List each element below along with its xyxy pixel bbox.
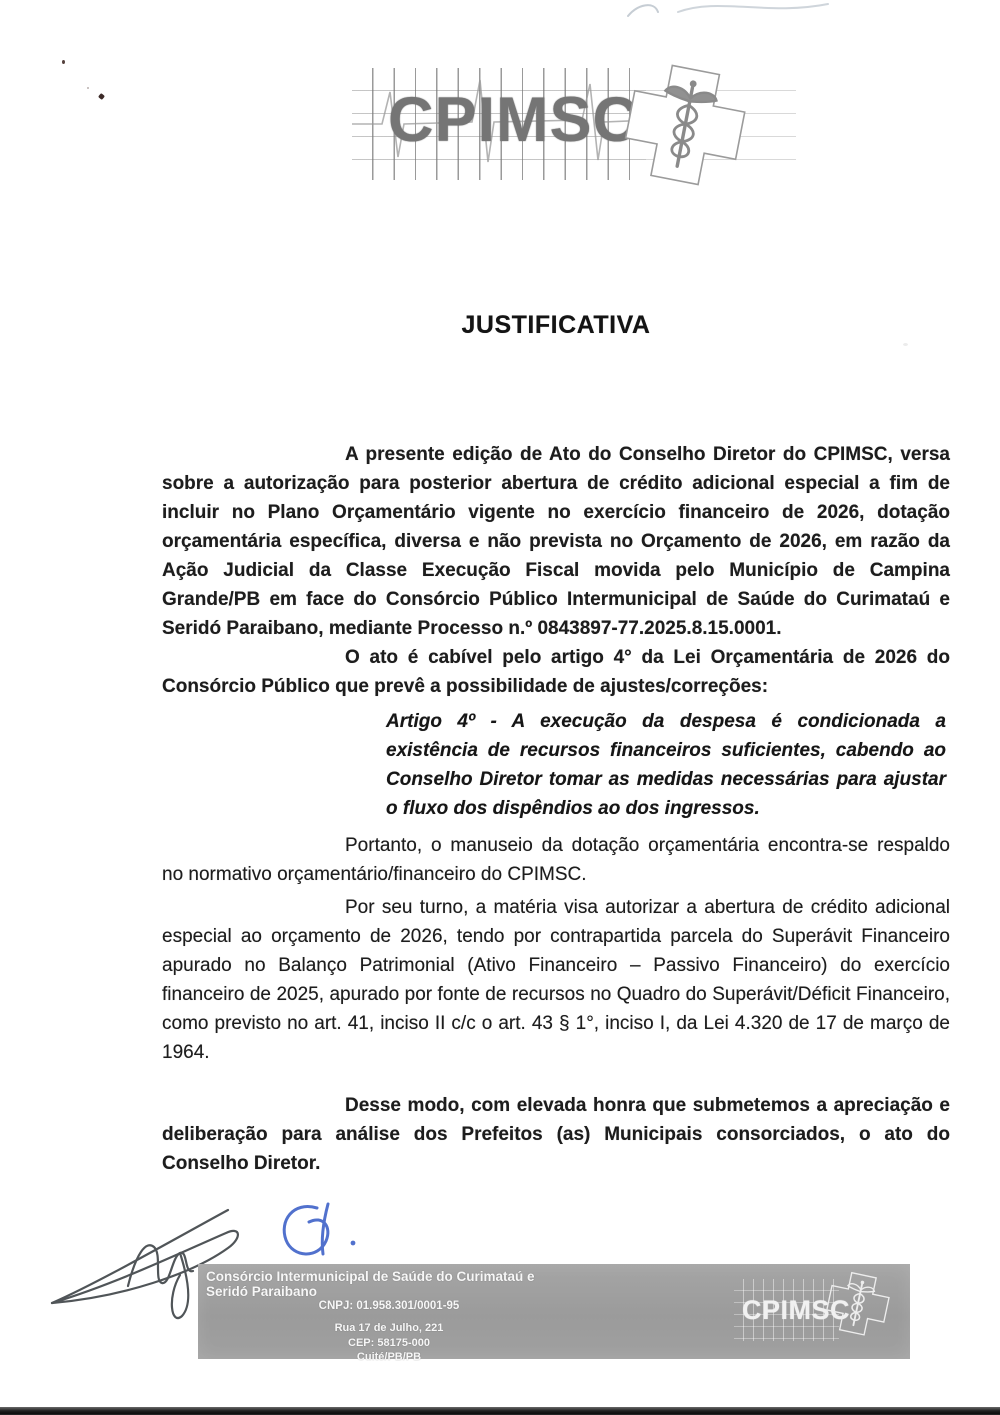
footer-address-street: Rua 17 de Julho, 221: [206, 1321, 572, 1336]
scanned-document-page: CPIMSC JUSTIFICATIVA A presente edição d…: [0, 0, 1000, 1415]
footer-letterhead-bar: Consórcio Intermunicipal de Saúde do Cur…: [198, 1264, 910, 1359]
cpimsc-logo: CPIMSC: [352, 62, 762, 187]
top-edge-scribble: [600, 0, 840, 26]
paragraph-por-seu-turno: Por seu turno, a matéria visa autorizar …: [162, 893, 950, 1067]
ink-speck: [87, 87, 89, 89]
paper-mark: [903, 343, 908, 346]
footer-caduceus-cross-icon: [820, 1271, 894, 1351]
ink-speck: [98, 93, 105, 100]
footer-cnpj: CNPJ: 01.958.301/0001-95: [206, 1300, 572, 1312]
scan-bottom-edge: [0, 1407, 1000, 1415]
footer-address-cep: CEP: 58175-000: [206, 1336, 572, 1351]
paragraph-legal-basis: O ato é cabível pelo artigo 4° da Lei Or…: [162, 643, 950, 701]
footer-address: Rua 17 de Julho, 221 CEP: 58175-000 Cuit…: [206, 1321, 572, 1365]
paragraph-portanto: Portanto, o manuseio da dotação orçament…: [162, 831, 950, 889]
document-body: A presente edição de Ato do Conselho Dir…: [162, 440, 950, 1178]
article-4-quote: Artigo 4º - A execução da despesa é cond…: [386, 707, 946, 823]
footer-info: Consórcio Intermunicipal de Saúde do Cur…: [206, 1269, 572, 1365]
document-title: JUSTIFICATIVA: [162, 311, 950, 340]
ink-speck: [62, 60, 65, 64]
footer-cpimsc-logo: CPIMSC: [728, 1269, 896, 1353]
paragraph-closing: Desse modo, com elevada honra que submet…: [162, 1091, 950, 1178]
handwritten-initials-blue: [265, 1195, 375, 1273]
paragraph-introduction: A presente edição de Ato do Conselho Dir…: [162, 440, 950, 643]
footer-address-city: Cuité/PB/PB: [206, 1350, 572, 1365]
caduceus-cross-icon: [608, 62, 762, 190]
logo-acronym: CPIMSC: [388, 84, 639, 156]
footer-org-name: Consórcio Intermunicipal de Saúde do Cur…: [206, 1269, 572, 1299]
